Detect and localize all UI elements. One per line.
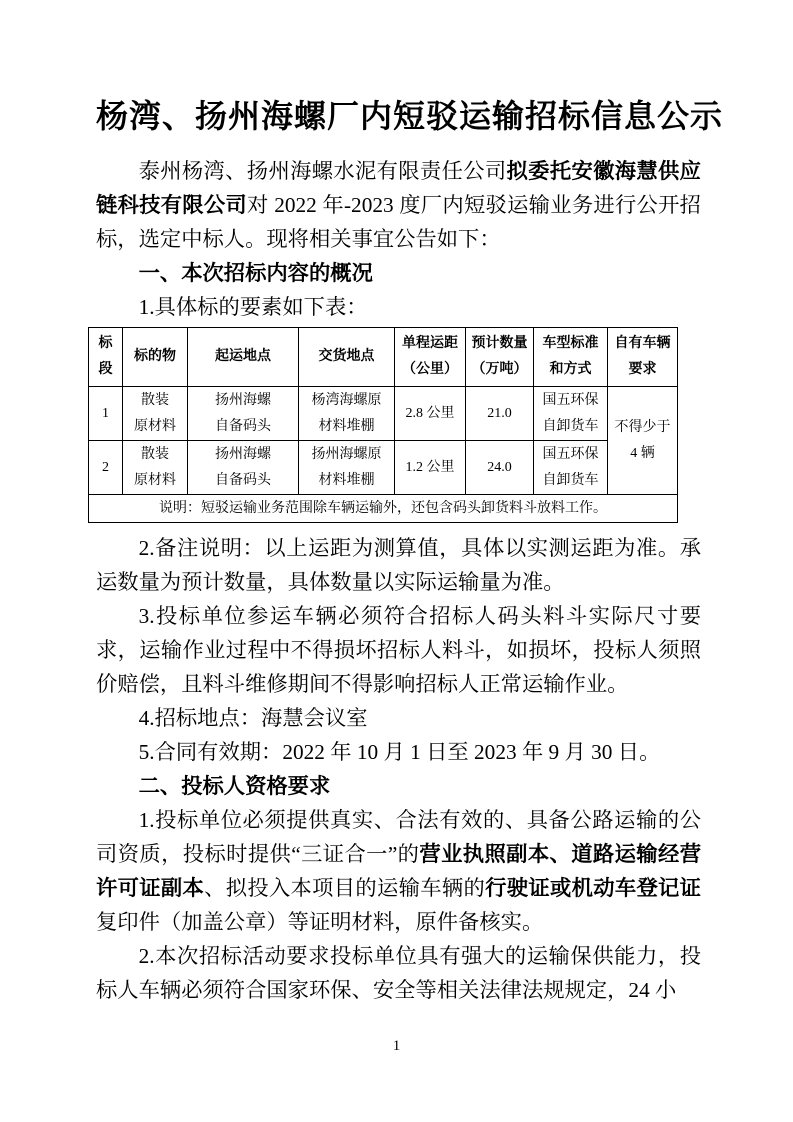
section1-heading: 一、本次招标内容的概况 — [96, 256, 701, 290]
page-title: 杨湾、扬州海螺厂内短驳运输招标信息公示 — [96, 94, 701, 138]
column-header-distance: 单程运距 （公里） — [395, 328, 466, 387]
section1-para-bid-location: 4.招标地点：海慧会议室 — [96, 701, 701, 735]
qualification-text-2: 、拟投入本项目的运输车辆的 — [204, 876, 485, 900]
section2-para-capacity: 2.本次招标活动要求投标单位具有强大的运输保供能力，投标人车辆必须符合国家环保、… — [96, 939, 701, 1007]
intro-text-lead: 泰州杨湾、扬州海螺水泥有限责任公司 — [139, 159, 507, 183]
cell-destination: 扬州海螺原 材料堆棚 — [299, 441, 395, 495]
table-note-row: 说明：短驳运输业务范围除车辆运输外，还包含码头卸货料斗放料工作。 — [89, 495, 678, 523]
cell-own-vehicle-requirement: 不得少于 4 辆 — [608, 387, 678, 495]
cell-origin: 扬州海螺 自备码头 — [188, 441, 299, 495]
qualification-bold-vehicle-registration: 行驶证或机动车登记证 — [485, 876, 701, 900]
table-header-row: 标 段 标的物 起运地点 交货地点 单程运距 （公里） 预计数量 （万吨） 车型… — [89, 328, 678, 387]
section2-para-qualification: 1.投标单位必须提供真实、合法有效的、具备公路运输的公司资质，投标时提供“三证合… — [96, 803, 701, 939]
section1-table-intro: 1.具体标的要素如下表： — [96, 290, 701, 324]
cell-quantity: 21.0 — [466, 387, 534, 441]
cell-quantity: 24.0 — [466, 441, 534, 495]
cell-subject: 散装 原材料 — [123, 387, 188, 441]
column-header-lot: 标 段 — [89, 328, 123, 387]
bid-lots-table: 标 段 标的物 起运地点 交货地点 单程运距 （公里） 预计数量 （万吨） 车型… — [88, 327, 678, 523]
table-body: 1 散装 原材料 扬州海螺 自备码头 杨湾海螺原 材料堆棚 2.8 公里 21.… — [89, 387, 678, 523]
intro-paragraph: 泰州杨湾、扬州海螺水泥有限责任公司拟委托安徽海慧供应链科技有限公司对 2022 … — [96, 154, 701, 256]
cell-lot-number: 1 — [89, 387, 123, 441]
column-header-quantity: 预计数量 （万吨） — [466, 328, 534, 387]
document-page: 杨湾、扬州海螺厂内短驳运输招标信息公示 泰州杨湾、扬州海螺水泥有限责任公司拟委托… — [0, 0, 793, 1122]
column-header-vehicle-standard: 车型标准 和方式 — [534, 328, 608, 387]
column-header-origin: 起运地点 — [188, 328, 299, 387]
table-note: 说明：短驳运输业务范围除车辆运输外，还包含码头卸货料斗放料工作。 — [89, 495, 678, 523]
cell-distance: 1.2 公里 — [395, 441, 466, 495]
cell-vehicle-standard: 国五环保 自卸货车 — [534, 387, 608, 441]
cell-origin: 扬州海螺 自备码头 — [188, 387, 299, 441]
table-row-lot-2: 2 散装 原材料 扬州海螺 自备码头 扬州海螺原 材料堆棚 1.2 公里 24.… — [89, 441, 678, 495]
cell-subject: 散装 原材料 — [123, 441, 188, 495]
cell-vehicle-standard: 国五环保 自卸货车 — [534, 441, 608, 495]
section1-para-hopper-requirement: 3.投标单位参运车辆必须符合招标人码头料斗实际尺寸要求，运输作业过程中不得损坏招… — [96, 599, 701, 701]
section1-para-remarks: 2.备注说明：以上运距为测算值，具体以实测运距为准。承运数量为预计数量，具体数量… — [96, 531, 701, 599]
column-header-destination: 交货地点 — [299, 328, 395, 387]
cell-lot-number: 2 — [89, 441, 123, 495]
page-number: 1 — [0, 1036, 793, 1056]
cell-destination: 杨湾海螺原 材料堆棚 — [299, 387, 395, 441]
section2-heading: 二、投标人资格要求 — [96, 769, 701, 803]
table-head: 标 段 标的物 起运地点 交货地点 单程运距 （公里） 预计数量 （万吨） 车型… — [89, 328, 678, 387]
column-header-own-vehicle: 自有车辆 要求 — [608, 328, 678, 387]
cell-distance: 2.8 公里 — [395, 387, 466, 441]
qualification-text-3: 复印件（加盖公章）等证明材料，原件备核实。 — [96, 910, 543, 934]
section1-para-contract-validity: 5.合同有效期：2022 年 10 月 1 日至 2023 年 9 月 30 日… — [96, 735, 701, 769]
table-row-lot-1: 1 散装 原材料 扬州海螺 自备码头 杨湾海螺原 材料堆棚 2.8 公里 21.… — [89, 387, 678, 441]
column-header-subject: 标的物 — [123, 328, 188, 387]
